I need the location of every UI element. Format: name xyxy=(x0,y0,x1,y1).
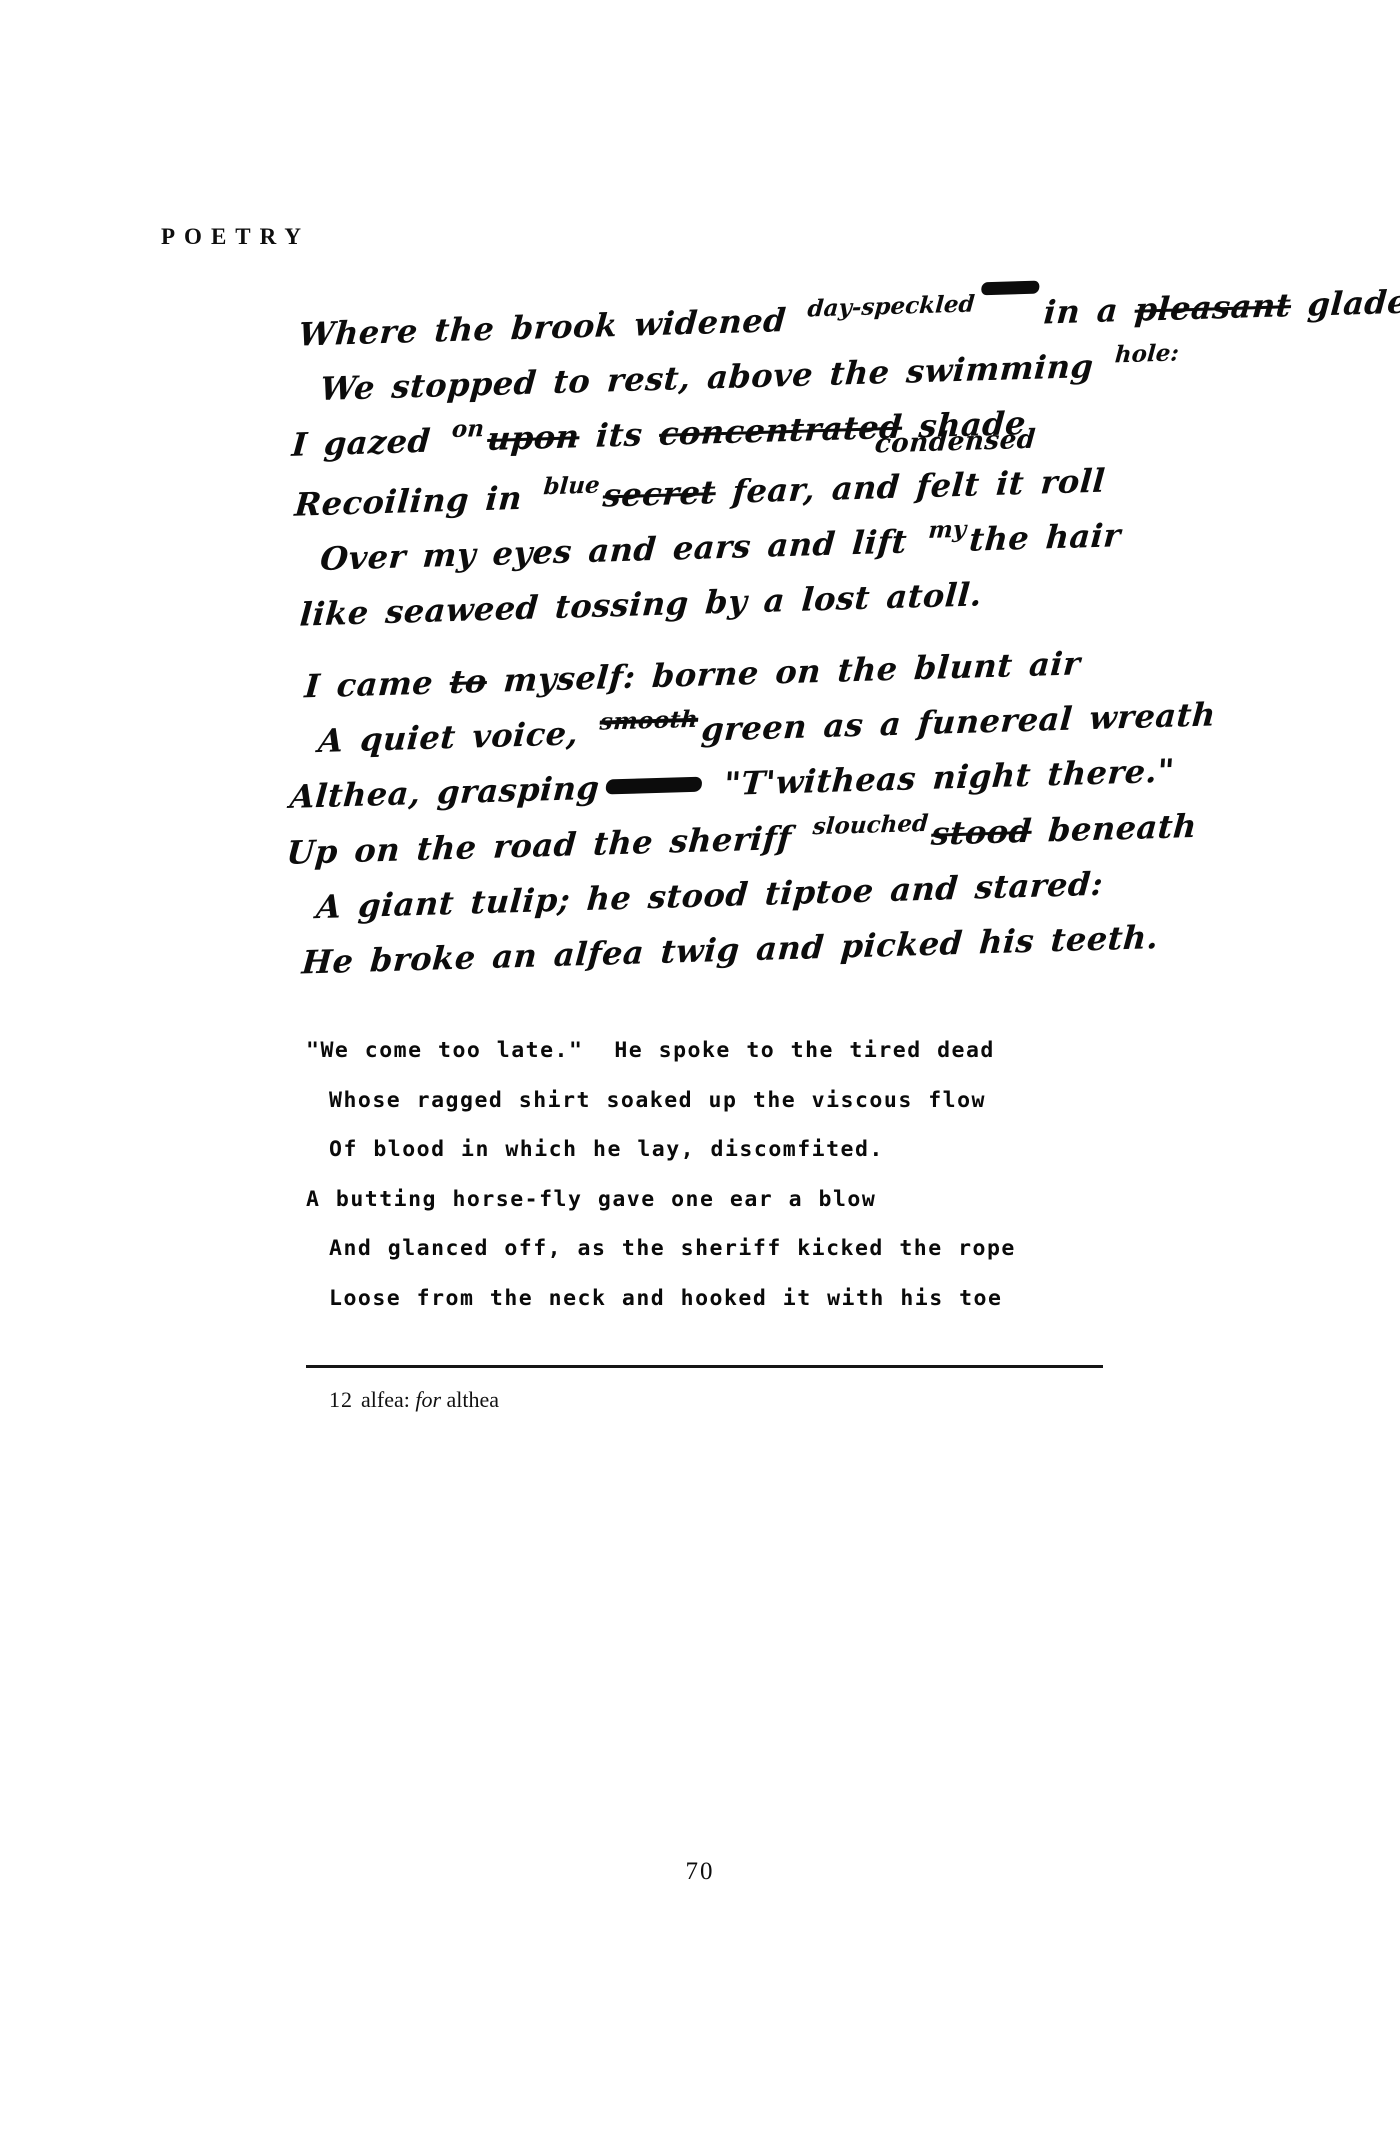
handwritten-text: Recoiling in xyxy=(293,478,540,523)
handwritten-text: A quiet voice, xyxy=(317,714,597,760)
ink-blot xyxy=(605,777,702,795)
handwritten-text: glade xyxy=(1290,283,1400,325)
handwritten-text: hair xyxy=(1028,516,1122,557)
handwritten-insertion-above: my xyxy=(927,515,967,543)
handwritten-text: the xyxy=(968,519,1031,559)
handwritten-text: myself: borne on the blunt air xyxy=(486,644,1082,700)
typed-poem: "We come too late." He spoke to the tire… xyxy=(306,1026,1206,1323)
handwritten-struck-text: secret xyxy=(602,473,718,514)
typed-poem-line: Of blood in which he lay, discomfited. xyxy=(306,1125,1206,1175)
footnote-editorial-word: for xyxy=(415,1387,441,1412)
handwritten-struck-text: to xyxy=(448,662,488,701)
manuscript-stanza: I came to myself: borne on the blunt air… xyxy=(283,634,1148,824)
handwritten-insertion-above: day-speckled xyxy=(807,290,976,322)
handwritten-insertion-above: blue xyxy=(543,471,601,500)
manuscript-facsimile: Where the brook widened day-speckledin a… xyxy=(283,0,1143,1010)
manuscript-stanza: Where the brook widened day-speckledin a… xyxy=(283,282,1148,472)
footnote-lemma: alfea: xyxy=(361,1387,410,1412)
manuscript-stanza: Up on the road the sheriff slouchedstood… xyxy=(283,800,1148,990)
footnote-gloss: althea xyxy=(447,1387,500,1412)
typed-poem-line: "We come too late." He spoke to the tire… xyxy=(306,1026,1206,1076)
handwritten-text: Over my eyes and ears and lift xyxy=(319,522,925,578)
handwritten-text: I came xyxy=(303,663,451,705)
handwritten-struck-insertion-above: smooth xyxy=(599,705,699,735)
typed-poem-line: Loose from the neck and hooked it with h… xyxy=(306,1274,1206,1324)
handwritten-text: like seaweed tossing by a lost atoll. xyxy=(299,575,984,633)
typed-poem-line: And glanced off, as the sheriff kicked t… xyxy=(306,1224,1206,1274)
manuscript-stanza: Recoiling in bluesecret fear, and felt i… xyxy=(283,452,1148,642)
footnote-line-number: 12 xyxy=(329,1387,353,1412)
page-number: 70 xyxy=(0,1858,1400,1886)
handwritten-text: in a xyxy=(1042,291,1136,332)
handwritten-text: Where the brook widened xyxy=(297,301,804,354)
footnote: 12alfea: for althea xyxy=(329,1387,499,1413)
footnote-rule xyxy=(306,1365,1103,1368)
handwritten-text: green as a funereal wreath xyxy=(700,695,1217,748)
typed-poem-line: A butting horse-fly gave one ear a blow xyxy=(306,1175,1206,1225)
handwritten-text: Althea, grasping xyxy=(289,769,601,816)
handwritten-text: "T'witheas night there." xyxy=(706,752,1176,804)
handwritten-text: fear, and felt it roll xyxy=(714,462,1106,512)
typed-poem-line: Whose ragged shirt soaked up the viscous… xyxy=(306,1076,1206,1126)
handwritten-struck-text: concentrated xyxy=(658,408,904,453)
scanned-book-page: POETRY Where the brook widened day-speck… xyxy=(0,0,1400,2154)
handwritten-struck-text: pleasant xyxy=(1133,286,1292,329)
handwritten-text: beneath xyxy=(1030,807,1198,850)
handwritten-insertion-above: slouched xyxy=(812,810,929,840)
ink-blot-above xyxy=(981,280,1040,295)
handwritten-text: Up on the road the sheriff xyxy=(285,818,809,872)
handwritten-text: I gazed xyxy=(291,421,449,464)
handwritten-struck-text: upon xyxy=(486,417,581,458)
handwritten-struck-text: stood xyxy=(930,812,1033,853)
handwritten-insertion-above: on xyxy=(451,415,485,443)
handwritten-insertion-above: hole: xyxy=(1114,339,1180,368)
handwritten-insertion-below: condensed xyxy=(874,424,1037,460)
handwritten-text: its xyxy=(578,415,661,455)
